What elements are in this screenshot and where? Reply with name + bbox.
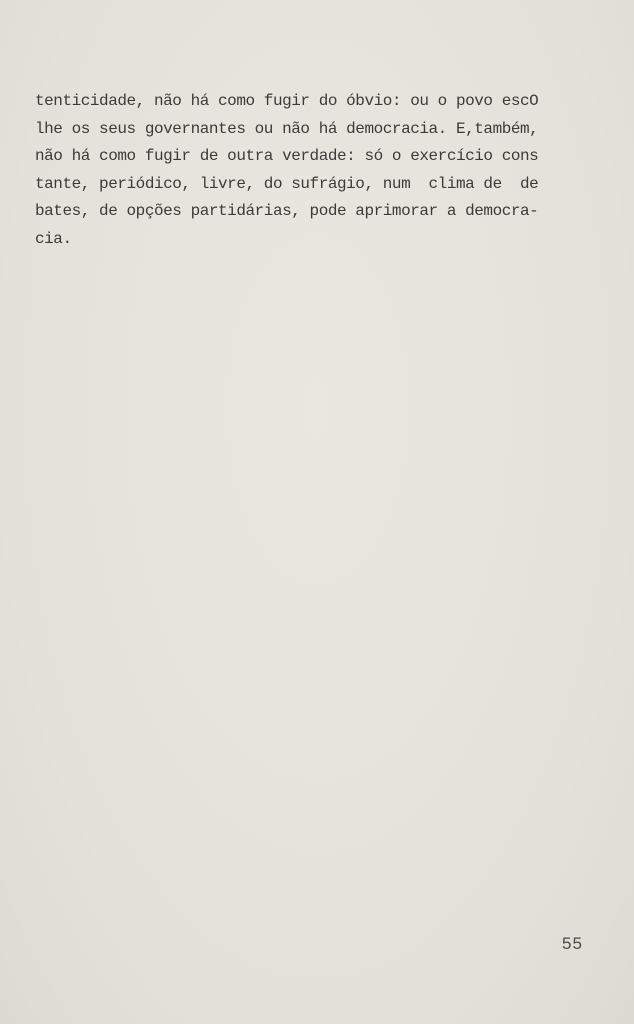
text-line-3: não há como fugir de outra verdade: só o… — [35, 143, 605, 171]
body-paragraph: tenticidade, não há como fugir do óbvio:… — [35, 88, 605, 253]
page-number: 55 — [562, 934, 583, 954]
text-line-1: tenticidade, não há como fugir do óbvio:… — [35, 88, 605, 116]
text-line-5: bates, de opções partidárias, pode aprim… — [35, 198, 605, 226]
document-page: tenticidade, não há como fugir do óbvio:… — [0, 0, 634, 1024]
text-line-2: lhe os seus governantes ou não há democr… — [35, 116, 605, 144]
text-line-6: cia. — [35, 226, 605, 254]
text-line-4: tante, periódico, livre, do sufrágio, nu… — [35, 171, 605, 199]
